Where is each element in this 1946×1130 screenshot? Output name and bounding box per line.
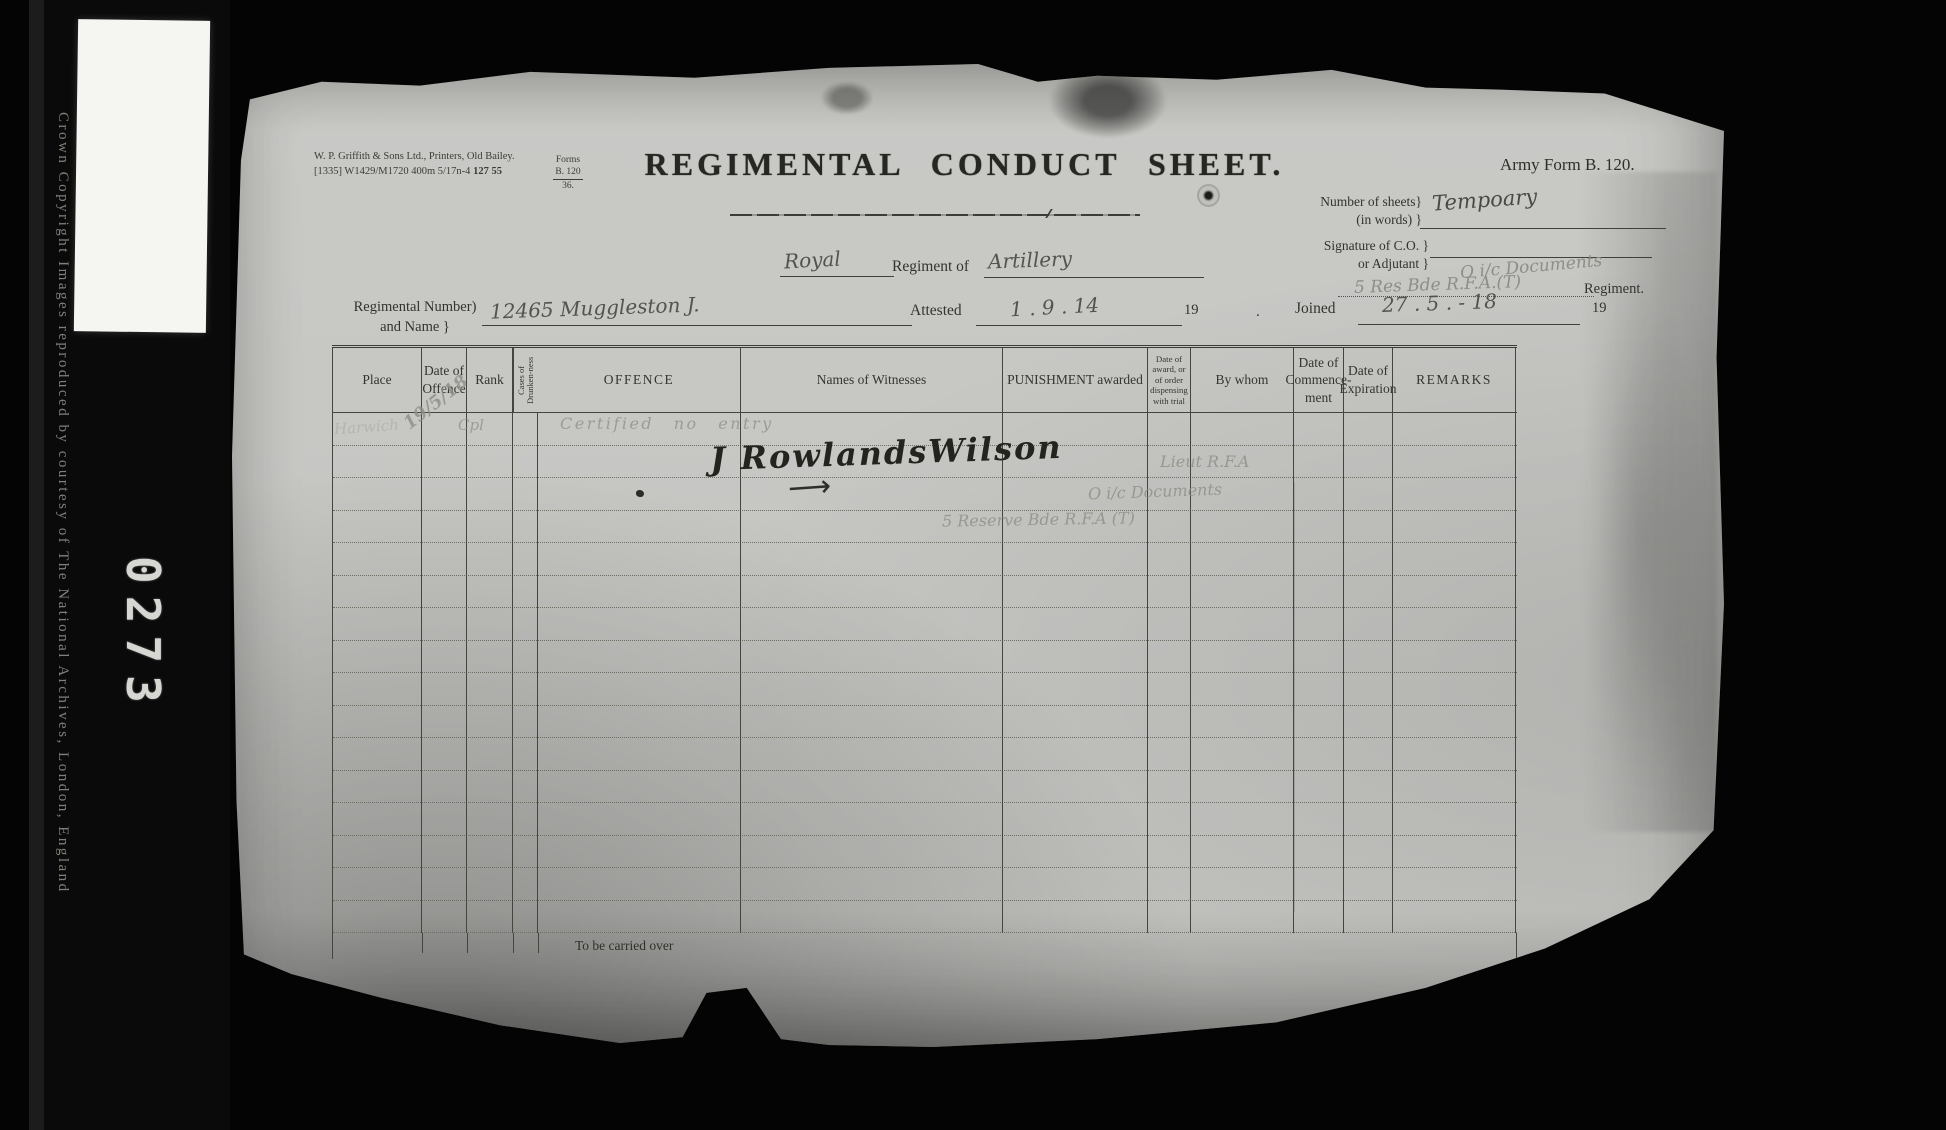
ink-dot (1202, 189, 1215, 202)
col-header-date-of-expiration: Date of Expiration (1344, 348, 1393, 412)
imprint-line2: [1335] W1429/M1720 400m 5/17n-4 127 55 (314, 165, 554, 180)
entry-signatory-unit: 5 Reserve Bde R.F.A (T) (942, 508, 1135, 530)
table-row (333, 478, 1517, 511)
table-row (333, 868, 1517, 901)
regimental-number-label: Regimental Number) and Name } (326, 298, 504, 337)
imprint-line1: W. P. Griffith & Sons Ltd., Printers, Ol… (314, 150, 554, 165)
ink-smudge-top (1050, 64, 1166, 138)
regimental-number-value: 12465 Muggleston J. (490, 292, 700, 323)
attested-year-prefix: 19 (1184, 302, 1199, 319)
joined-label: Joined (1295, 300, 1335, 318)
regiment-value: Artillery (988, 247, 1073, 274)
forms-box-line3: 36. (548, 180, 588, 192)
forms-box-line2: B. 120 (553, 166, 582, 179)
signature-flourish-arrow: ⟶ (787, 469, 832, 507)
entry-rank: Cpl (458, 416, 484, 434)
regiment-of-label: Regiment of (892, 258, 969, 276)
conduct-table-body (332, 413, 1517, 933)
col-header-punishment-awarded: PUNISHMENT awarded (1003, 348, 1148, 412)
army-form-number: Army Form B. 120. (1500, 155, 1635, 175)
col-header-place: Place (333, 348, 422, 412)
table-footer-stub (513, 933, 514, 953)
ink-smudge-small (822, 82, 872, 114)
attested-value: 1 . 9 . 14 (1009, 293, 1099, 322)
table-row (333, 836, 1517, 869)
number-of-sheets-line (1420, 228, 1666, 229)
number-of-sheets-value: Tempoary (1431, 184, 1538, 215)
table-row (333, 673, 1517, 706)
regiment-value-line (984, 277, 1204, 278)
table-rule-lines (333, 413, 1517, 933)
film-white-label (74, 19, 210, 333)
attested-period: . (1256, 304, 1260, 321)
col-header-names-of-witnesses: Names of Witnesses (741, 348, 1003, 412)
regiment-suffix-label: Regiment. (1584, 281, 1644, 298)
attested-line (976, 325, 1182, 326)
table-row (333, 738, 1517, 771)
forms-box-line1: Forms (548, 154, 588, 166)
col-header-date-of-commencement: Date of Commence-ment (1294, 348, 1344, 412)
col-header-date-of-award: Date of award, or of order dispensing wi… (1148, 348, 1191, 412)
conduct-table-footer: To be carried over (332, 933, 1517, 959)
regimental-number-line (482, 325, 912, 326)
number-of-sheets-label: Number of sheets} (in words) } (1272, 193, 1422, 228)
carry-over-label: To be carried over (575, 938, 673, 954)
conduct-sheet-paper: W. P. Griffith & Sons Ltd., Printers, Ol… (232, 62, 1724, 1047)
joined-value: 27 . 5 . - 18 (1382, 289, 1498, 317)
title-rule (730, 214, 1140, 216)
attested-label: Attested (910, 302, 962, 320)
table-footer-stub (467, 933, 468, 953)
table-footer-stub (422, 933, 423, 953)
scanned-document-viewport: Crown Copyright Images reproduced by cou… (0, 0, 1946, 1130)
table-row (333, 608, 1517, 641)
table-row (333, 511, 1517, 544)
col-header-by-whom: By whom (1191, 348, 1294, 412)
joined-line (1358, 324, 1580, 325)
table-row (333, 803, 1517, 836)
table-footer-stub (538, 933, 539, 953)
entry-signatory-rank: Lieut R.F.A (1160, 452, 1249, 471)
joined-year-prefix: 19 (1592, 300, 1607, 317)
table-row (333, 641, 1517, 674)
col-header-rank: Rank (467, 348, 513, 412)
table-row (333, 706, 1517, 739)
entry-offence: Certified no entry (560, 414, 774, 433)
regiment-prefix-value: Royal (783, 247, 841, 274)
imprint-print-code: 127 55 (473, 166, 502, 177)
archive-copyright-text: Crown Copyright Images reproduced by cou… (54, 112, 71, 1127)
signature-label: Signature of C.O. } or Adjutant } (1279, 237, 1429, 272)
regiment-prefix-line (780, 276, 894, 277)
table-row (333, 576, 1517, 609)
conduct-table-header-row: PlaceDate of OffenceRankCases of Drunken… (332, 348, 1517, 413)
table-row (333, 543, 1517, 576)
table-row (333, 771, 1517, 804)
printer-imprint: W. P. Griffith & Sons Ltd., Printers, Ol… (314, 150, 554, 179)
col-header-cases-of-drunkenness: Cases of Drunken-ness (513, 348, 538, 412)
col-header-remarks: REMARKS (1393, 348, 1516, 412)
film-frame-number: 0273 (116, 556, 170, 715)
col-header-offence: OFFENCE (538, 348, 741, 412)
form-title: REGIMENTAL CONDUCT SHEET. (632, 146, 1297, 183)
film-edge-band (29, 0, 44, 1130)
table-row (333, 901, 1517, 934)
forms-reference-box: Forms B. 120 36. (548, 154, 588, 192)
